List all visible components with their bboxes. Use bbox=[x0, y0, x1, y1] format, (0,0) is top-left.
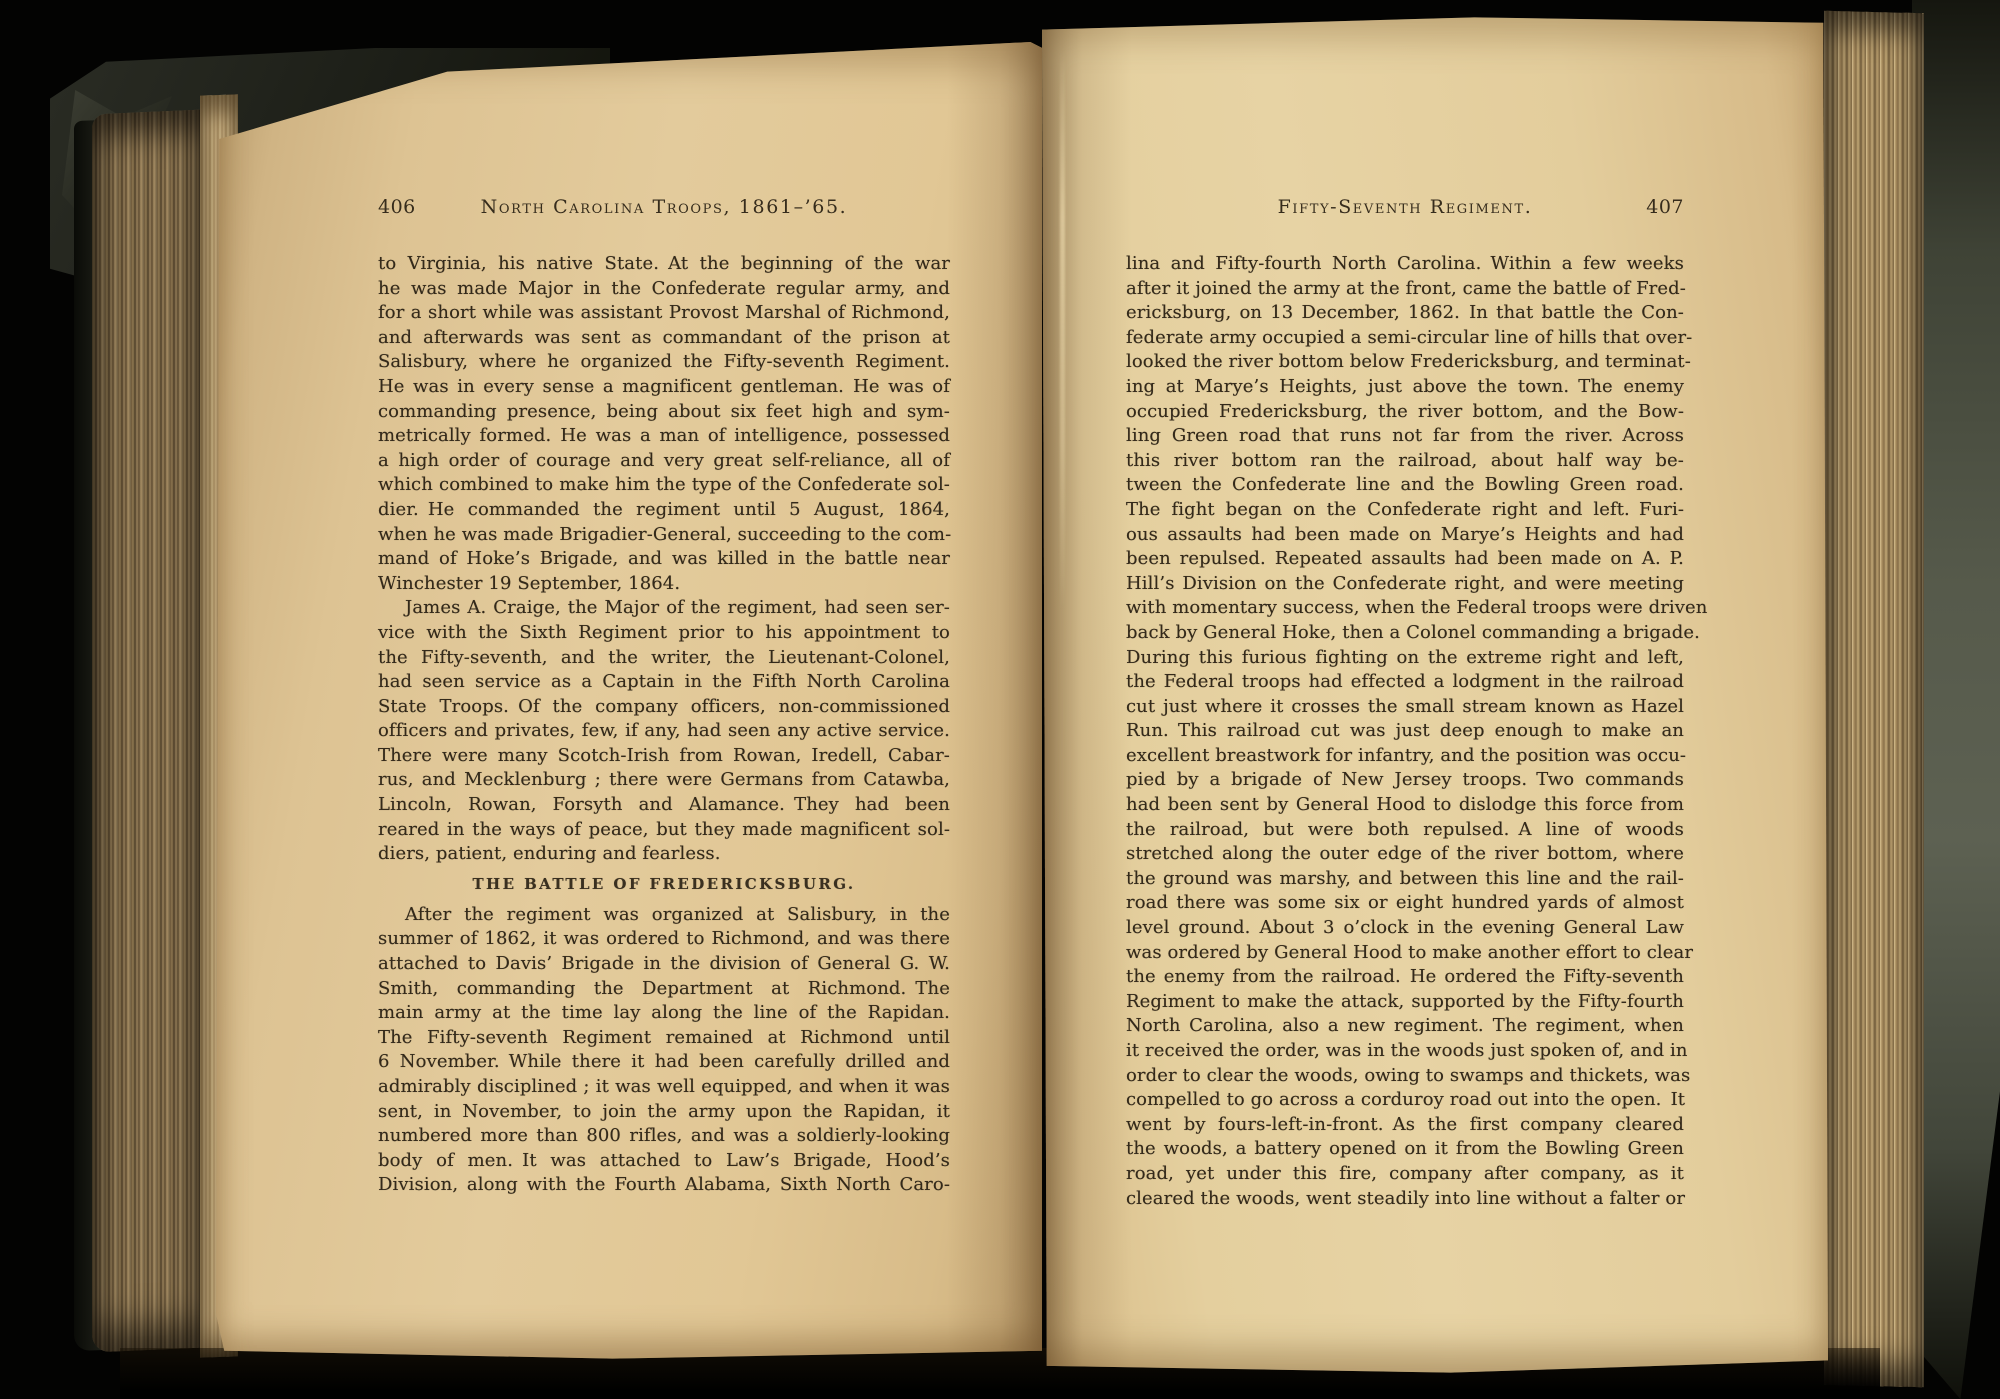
text-line: this river bottom ran the railroad, abou… bbox=[1126, 449, 1684, 474]
text-line: He was in every sense a magnificent gent… bbox=[378, 375, 950, 400]
text-line: a high order of courage and very great s… bbox=[378, 449, 950, 474]
text-line: cleared the woods, went steadily into li… bbox=[1126, 1187, 1684, 1212]
text-line: level ground. About 3 o’clock in the eve… bbox=[1126, 916, 1684, 941]
text-line: road, yet under this fire, company after… bbox=[1126, 1162, 1684, 1187]
paragraph: James A. Craige, the Major of the regime… bbox=[378, 596, 950, 867]
text-line: the woods, a battery opened on it from t… bbox=[1126, 1137, 1684, 1162]
paragraph: lina and Fifty-fourth North Carolina. Wi… bbox=[1126, 252, 1684, 1211]
text-line: rus, and Mecklenburg ; there were German… bbox=[378, 768, 950, 793]
text-line: Smith, commanding the Department at Rich… bbox=[378, 977, 950, 1002]
running-header: North Carolina Troops, 1861–’65. bbox=[378, 196, 950, 218]
text-line: when he was made Brigadier-General, succ… bbox=[378, 523, 950, 548]
text-line: summer of 1862, it was ordered to Richmo… bbox=[378, 927, 950, 952]
text-line: cut just where it crosses the small stre… bbox=[1126, 695, 1684, 720]
text-line: State Troops. Of the company officers, n… bbox=[378, 695, 950, 720]
text-line: Division, along with the Fourth Alabama,… bbox=[378, 1173, 950, 1198]
text-line: the Federal troops had effected a lodgme… bbox=[1126, 670, 1684, 695]
text-line: Hill’s Division on the Confederate right… bbox=[1126, 572, 1684, 597]
text-line: stretched along the outer edge of the ri… bbox=[1126, 842, 1684, 867]
text-line: Winchester 19 September, 1864. bbox=[378, 572, 950, 597]
text-line: for a short while was assistant Provost … bbox=[378, 301, 950, 326]
text-line: had seen service as a Captain in the Fif… bbox=[378, 670, 950, 695]
text-line: lina and Fifty-fourth North Carolina. Wi… bbox=[1126, 252, 1684, 277]
text-line: body of men. It was attached to Law’s Br… bbox=[378, 1149, 950, 1174]
text-line: During this furious fighting on the extr… bbox=[1126, 646, 1684, 671]
text-line: There were many Scotch-Irish from Rowan,… bbox=[378, 744, 950, 769]
text-line: admirably disciplined ; it was well equi… bbox=[378, 1075, 950, 1100]
right-page-header: Fifty-Seventh Regiment. 407 bbox=[1126, 196, 1684, 226]
left-page-body-lower: After the regiment was organized at Sali… bbox=[378, 903, 950, 1198]
text-line: road there was some six or eight hundred… bbox=[1126, 891, 1684, 916]
text-line: had been sent by General Hood to dislodg… bbox=[1126, 793, 1684, 818]
text-line: diers, patient, enduring and fearless. bbox=[378, 842, 950, 867]
text-line: the railroad, but were both repulsed. A … bbox=[1126, 818, 1684, 843]
text-line: reared in the ways of peace, but they ma… bbox=[378, 818, 950, 843]
text-line: to Virginia, his native State. At the be… bbox=[378, 252, 950, 277]
book-cover-right-edge bbox=[1912, 0, 2000, 1399]
text-line: numbered more than 800 rifles, and was a… bbox=[378, 1124, 950, 1149]
text-line: attached to Davis’ Brigade in the divisi… bbox=[378, 952, 950, 977]
text-line: looked the river bottom below Fredericks… bbox=[1126, 350, 1684, 375]
text-line: ous assaults had been made on Marye’s He… bbox=[1126, 523, 1684, 548]
right-page: Fifty-Seventh Regiment. 407 lina and Fif… bbox=[1126, 196, 1684, 1211]
text-line: vice with the Sixth Regiment prior to hi… bbox=[378, 621, 950, 646]
left-page-body-upper: to Virginia, his native State. At the be… bbox=[378, 252, 950, 867]
text-line: The Fifty-seventh Regiment remained at R… bbox=[378, 1026, 950, 1051]
text-line: the ground was marshy, and between this … bbox=[1126, 867, 1684, 892]
text-line: James A. Craige, the Major of the regime… bbox=[378, 596, 950, 621]
section-heading: THE BATTLE OF FREDERICKSBURG. bbox=[378, 875, 950, 893]
text-line: Regiment to make the attack, supported b… bbox=[1126, 990, 1684, 1015]
text-line: been repulsed. Repeated assaults had bee… bbox=[1126, 547, 1684, 572]
text-line: After the regiment was organized at Sali… bbox=[378, 903, 950, 928]
text-line: Lincoln, Rowan, Forsyth and Alamance. Th… bbox=[378, 793, 950, 818]
open-book-scan: 406 North Carolina Troops, 1861–’65. to … bbox=[0, 0, 2000, 1399]
text-line: ericksburg, on 13 December, 1862. In tha… bbox=[1126, 301, 1684, 326]
left-page-header: 406 North Carolina Troops, 1861–’65. bbox=[378, 196, 950, 226]
text-line: excellent breastwork for infantry, and t… bbox=[1126, 744, 1684, 769]
text-line: sent, in November, to join the army upon… bbox=[378, 1100, 950, 1125]
text-line: the enemy from the railroad. He ordered … bbox=[1126, 965, 1684, 990]
running-header: Fifty-Seventh Regiment. bbox=[1126, 196, 1684, 218]
text-line: dier. He commanded the regiment until 5 … bbox=[378, 498, 950, 523]
text-line: ing at Marye’s Heights, just above the t… bbox=[1126, 375, 1684, 400]
text-line: The fight began on the Confederate right… bbox=[1126, 498, 1684, 523]
text-line: order to clear the woods, owing to swamp… bbox=[1126, 1064, 1684, 1089]
text-line: Run. This railroad cut was just deep eno… bbox=[1126, 719, 1684, 744]
text-line: after it joined the army at the front, c… bbox=[1126, 277, 1684, 302]
text-line: with momentary success, when the Federal… bbox=[1126, 596, 1684, 621]
text-line: 6 November. While there it had been care… bbox=[378, 1050, 950, 1075]
text-line: Salisbury, where he organized the Fifty-… bbox=[378, 350, 950, 375]
text-line: North Carolina, also a new regiment. The… bbox=[1126, 1014, 1684, 1039]
text-line: it received the order, was in the woods … bbox=[1126, 1039, 1684, 1064]
text-line: commanding presence, being about six fee… bbox=[378, 400, 950, 425]
text-line: occupied Fredericksburg, the river botto… bbox=[1126, 400, 1684, 425]
text-line: the Fifty-seventh, and the writer, the L… bbox=[378, 646, 950, 671]
page-number: 407 bbox=[1646, 196, 1684, 218]
paragraph: to Virginia, his native State. At the be… bbox=[378, 252, 950, 596]
text-line: mand of Hoke’s Brigade, and was killed i… bbox=[378, 547, 950, 572]
text-line: main army at the time lay along the line… bbox=[378, 1001, 950, 1026]
text-line: tween the Confederate line and the Bowli… bbox=[1126, 473, 1684, 498]
paragraph: After the regiment was organized at Sali… bbox=[378, 903, 950, 1198]
left-page: 406 North Carolina Troops, 1861–’65. to … bbox=[378, 196, 950, 1198]
text-line: which combined to make him the type of t… bbox=[378, 473, 950, 498]
text-line: back by General Hoke, then a Colonel com… bbox=[1126, 621, 1684, 646]
text-line: and afterwards was sent as commandant of… bbox=[378, 326, 950, 351]
right-page-stack-edge bbox=[1824, 11, 1924, 1388]
text-line: metrically formed. He was a man of intel… bbox=[378, 424, 950, 449]
text-line: he was made Major in the Confederate reg… bbox=[378, 277, 950, 302]
text-line: compelled to go across a corduroy road o… bbox=[1126, 1088, 1684, 1113]
text-line: officers and privates, few, if any, had … bbox=[378, 719, 950, 744]
right-page-body: lina and Fifty-fourth North Carolina. Wi… bbox=[1126, 252, 1684, 1211]
text-line: was ordered by General Hood to make anot… bbox=[1126, 941, 1684, 966]
left-page-stack-edge bbox=[92, 110, 204, 1353]
text-line: went by fours-left-in-front. As the firs… bbox=[1126, 1113, 1684, 1138]
page-number: 406 bbox=[378, 196, 416, 218]
text-line: ling Green road that runs not far from t… bbox=[1126, 424, 1684, 449]
gutter-crease-highlight bbox=[1060, 50, 1065, 610]
text-line: pied by a brigade of New Jersey troops. … bbox=[1126, 768, 1684, 793]
text-line: federate army occupied a semi-circular l… bbox=[1126, 326, 1684, 351]
